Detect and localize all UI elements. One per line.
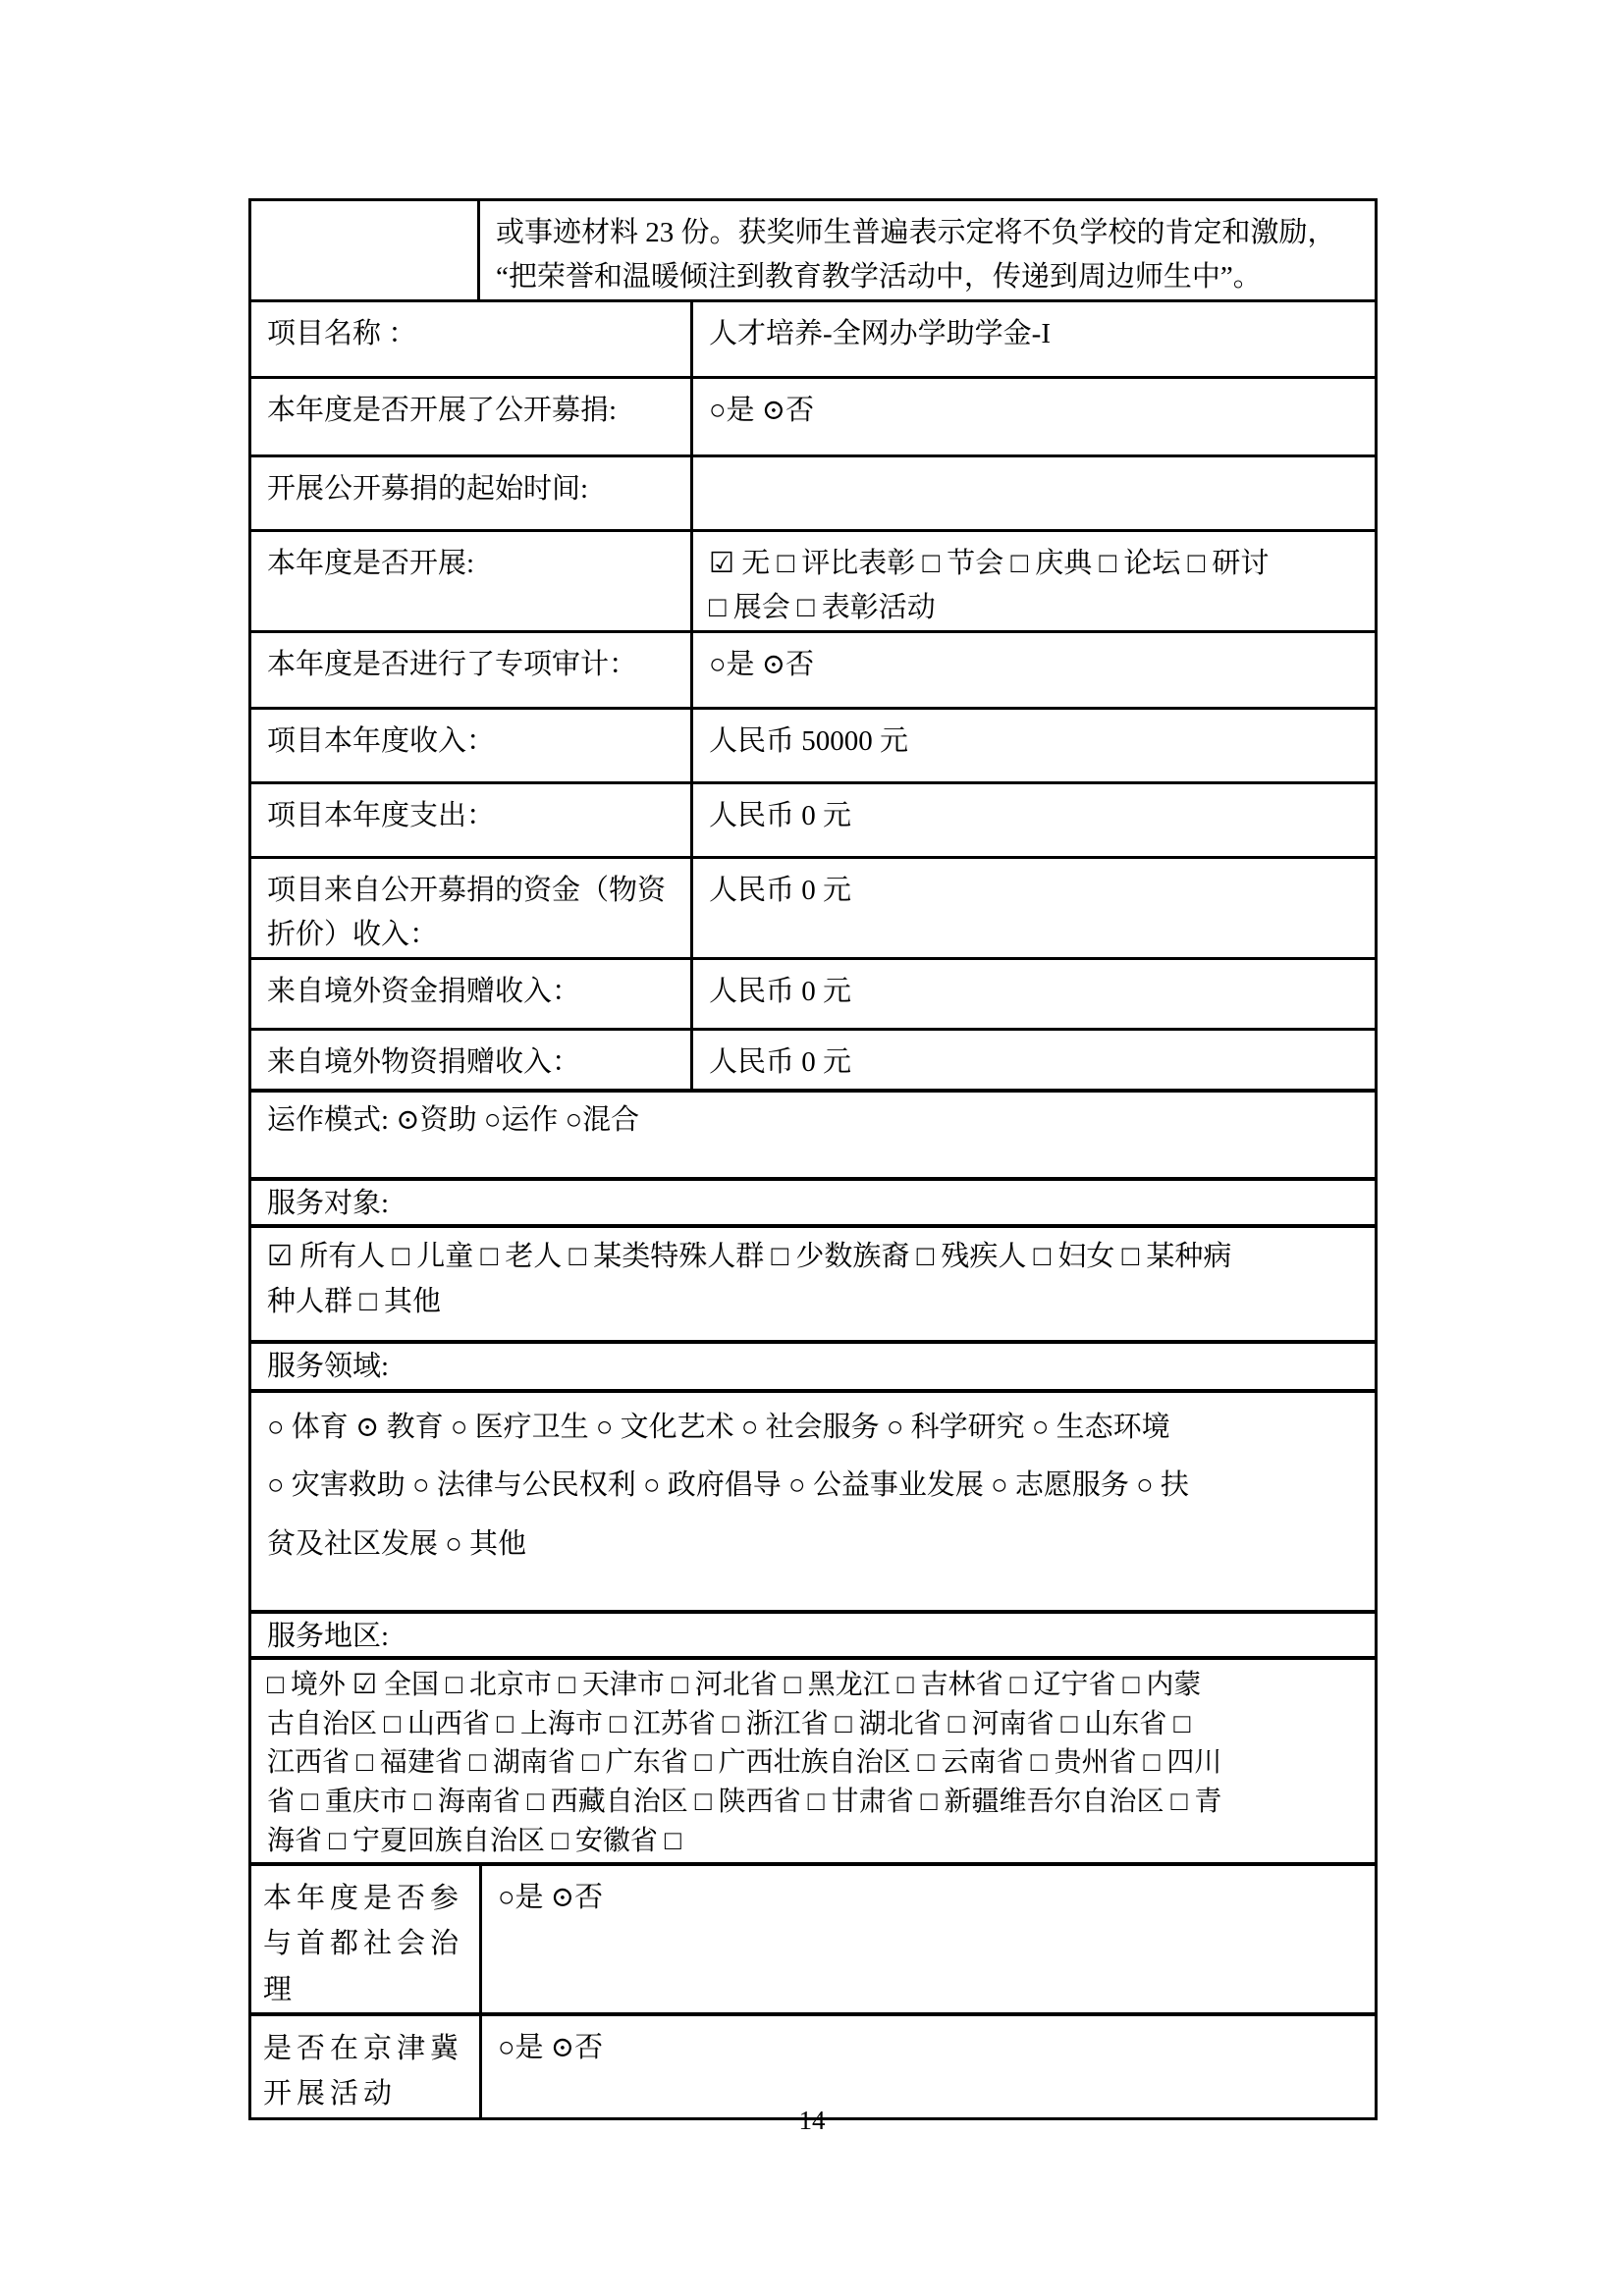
page-number: 14 bbox=[0, 2101, 1624, 2142]
service-target-header-label: 服务对象: bbox=[251, 1181, 1375, 1224]
capital-governance-radio-group: ○是 ⊙否 bbox=[482, 1866, 1375, 2012]
row-service-field-header: 服务领域: bbox=[251, 1340, 1375, 1389]
annual-report-form-table: 或事迹材料 23 份。获奖师生普遍表示定将不负学校的肯定和激励， “把荣誉和温暖… bbox=[248, 198, 1378, 2120]
annual-income-value: 人民币 50000 元 bbox=[693, 710, 1375, 781]
service-field-header-label: 服务领域: bbox=[251, 1344, 1375, 1389]
row-service-target-header: 服务对象: bbox=[251, 1177, 1375, 1224]
row-special-audit: 本年度是否进行了专项审计： ○是 ⊙否 bbox=[251, 630, 1375, 707]
row-service-area-header: 服务地区: bbox=[251, 1610, 1375, 1656]
row-service-area-options: □ 境外 ☑ 全国 □ 北京市 □ 天津市 □ 河北省 □ 黑龙江 □ 吉林省 … bbox=[251, 1656, 1375, 1862]
row-continuation: 或事迹材料 23 份。获奖师生普遍表示定将不负学校的肯定和激励， “把荣誉和温暖… bbox=[251, 201, 1375, 299]
row-public-fundraising: 本年度是否开展了公开募捐: ○是 ⊙否 bbox=[251, 376, 1375, 454]
public-fundraising-radio-group: ○是 ⊙否 bbox=[693, 379, 1375, 454]
row-operation-mode: 运作模式: ⊙资助 ○运作 ○混合 bbox=[251, 1089, 1375, 1177]
continuation-empty-cell bbox=[251, 201, 480, 299]
row-service-field-options: ○ 体育 ⊙ 教育 ○ 医疗卫生 ○ 文化艺术 ○ 社会服务 ○ 科学研究 ○ … bbox=[251, 1389, 1375, 1610]
service-field-radio-group: ○ 体育 ⊙ 教育 ○ 医疗卫生 ○ 文化艺术 ○ 社会服务 ○ 科学研究 ○ … bbox=[251, 1393, 1375, 1610]
row-service-target-options: ☑ 所有人 □ 儿童 □ 老人 □ 某类特殊人群 □ 少数族裔 □ 残疾人 □ … bbox=[251, 1224, 1375, 1340]
fundraising-start-time-label: 开展公开募捐的起始时间: bbox=[251, 457, 693, 529]
overseas-fund-donation-value: 人民币 0 元 bbox=[693, 960, 1375, 1028]
public-fundraising-income-value: 人民币 0 元 bbox=[693, 859, 1375, 957]
service-area-header-label: 服务地区: bbox=[251, 1614, 1375, 1656]
activities-checkbox-group: ☑ 无 □ 评比表彰 □ 节会 □ 庆典 □ 论坛 □ 研讨 □ 展会 □ 表彰… bbox=[693, 532, 1375, 630]
project-name-value: 人才培养-全网办学助学金-I bbox=[693, 302, 1375, 376]
activities-carried-out-label: 本年度是否开展: bbox=[251, 532, 693, 630]
project-name-label: 项目名称 ： bbox=[251, 302, 693, 376]
special-audit-radio-group: ○是 ⊙否 bbox=[693, 633, 1375, 707]
continuation-text: 或事迹材料 23 份。获奖师生普遍表示定将不负学校的肯定和激励， “把荣誉和温暖… bbox=[480, 201, 1375, 299]
row-activities-carried-out: 本年度是否开展: ☑ 无 □ 评比表彰 □ 节会 □ 庆典 □ 论坛 □ 研讨 … bbox=[251, 529, 1375, 630]
public-fundraising-income-label: 项目来自公开募捐的资金（物资 折价）收入： bbox=[251, 859, 693, 957]
annual-expense-value: 人民币 0 元 bbox=[693, 784, 1375, 856]
row-annual-income: 项目本年度收入： 人民币 50000 元 bbox=[251, 707, 1375, 781]
overseas-material-donation-label: 来自境外物资捐赠收入： bbox=[251, 1031, 693, 1089]
row-public-fundraising-income: 项目来自公开募捐的资金（物资 折价）收入： 人民币 0 元 bbox=[251, 856, 1375, 957]
row-overseas-material-donation: 来自境外物资捐赠收入： 人民币 0 元 bbox=[251, 1028, 1375, 1089]
special-audit-label: 本年度是否进行了专项审计： bbox=[251, 633, 693, 707]
row-fundraising-start-time: 开展公开募捐的起始时间: bbox=[251, 454, 1375, 529]
overseas-fund-donation-label: 来自境外资金捐赠收入： bbox=[251, 960, 693, 1028]
annual-expense-label: 项目本年度支出： bbox=[251, 784, 693, 856]
row-capital-governance: 本年度是否参 与首都社会治 理 ○是 ⊙否 bbox=[251, 1862, 1375, 2012]
row-project-name: 项目名称 ： 人才培养-全网办学助学金-I bbox=[251, 299, 1375, 376]
row-annual-expense: 项目本年度支出： 人民币 0 元 bbox=[251, 781, 1375, 856]
row-overseas-fund-donation: 来自境外资金捐赠收入： 人民币 0 元 bbox=[251, 957, 1375, 1028]
capital-governance-label: 本年度是否参 与首都社会治 理 bbox=[251, 1866, 482, 2012]
public-fundraising-label: 本年度是否开展了公开募捐: bbox=[251, 379, 693, 454]
fundraising-start-time-value bbox=[693, 457, 1375, 529]
overseas-material-donation-value: 人民币 0 元 bbox=[693, 1031, 1375, 1089]
annual-income-label: 项目本年度收入： bbox=[251, 710, 693, 781]
operation-mode-radio-group: 运作模式: ⊙资助 ○运作 ○混合 bbox=[251, 1093, 1375, 1177]
service-target-checkbox-group: ☑ 所有人 □ 儿童 □ 老人 □ 某类特殊人群 □ 少数族裔 □ 残疾人 □ … bbox=[251, 1228, 1375, 1340]
service-area-checkbox-group: □ 境外 ☑ 全国 □ 北京市 □ 天津市 □ 河北省 □ 黑龙江 □ 吉林省 … bbox=[251, 1660, 1375, 1862]
document-page: 或事迹材料 23 份。获奖师生普遍表示定将不负学校的肯定和激励， “把荣誉和温暖… bbox=[0, 0, 1624, 2296]
